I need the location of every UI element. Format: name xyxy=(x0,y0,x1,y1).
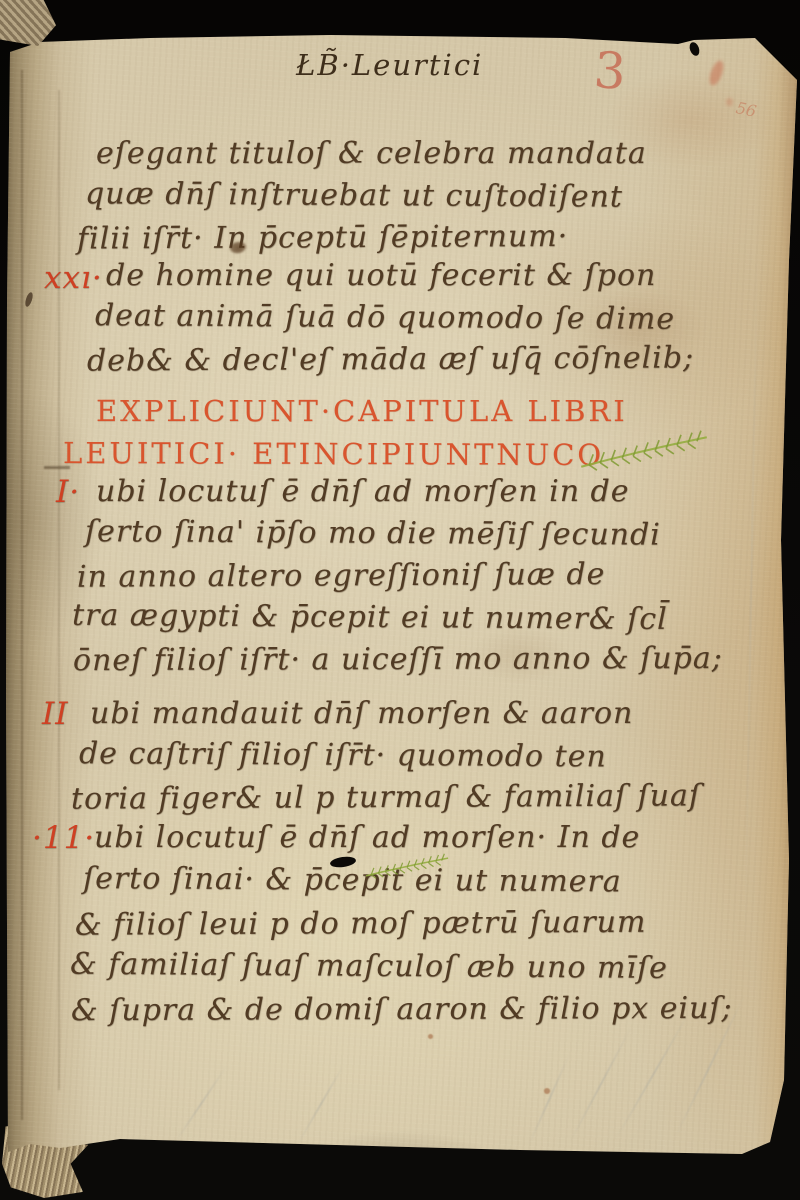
manuscript-text-line: in anno altero egreſſioniſ ſuæ de xyxy=(77,554,723,599)
running-title: ŁB̃·Leurtici xyxy=(296,48,483,82)
manuscript-text-line: filii iſr̄t· In p̄ceptū ſēpiternum· xyxy=(77,217,647,262)
chapter-numeral: I· xyxy=(56,474,80,510)
stain-mark xyxy=(544,1088,550,1094)
manuscript-text-line: ſerto ſina' ip̄ſo mo die mēſiſ ſecundi xyxy=(85,512,723,558)
manuscript-text-line: ubi locutuſ ē dn̄ſ ad morſen in de xyxy=(96,472,723,514)
manuscript-text-line: & filioſ leui p do moſ pætrū ſuarum xyxy=(75,902,733,948)
text-block-prologue: eſegant tituloſ & celebra mandataquæ dn̄… xyxy=(96,134,647,260)
manuscript-text-line: & familiaſ ſuaſ maſculoſ æb uno mīſe xyxy=(70,945,733,993)
manuscript-text-line: ōneſ filioſ iſr̄t· a uiceſſī mo anno & ſ… xyxy=(73,639,723,683)
manuscript-text-line: LEUITICI· ETINCIPIUNTNUCO xyxy=(63,432,628,477)
text-block-capitulum-ii: II ubi mandauit dn̄ſ morſen & aaronde ca… xyxy=(90,694,701,820)
text-block-capitulum-i: I· ubi locutuſ ē dn̄ſ ad morſen in deſer… xyxy=(96,472,723,682)
parchment-hole xyxy=(688,41,701,57)
text-block-capitulum-xxi: xxı· de homine qui uotū fecerit & ſponde… xyxy=(106,256,694,382)
manuscript-text-line: tra ægypti & p̄cepit ei ut numer& ſcl̄ xyxy=(72,596,723,643)
manuscript-text-line: de caſtriſ filioſ iſr̄t· quomodo ten xyxy=(79,734,701,780)
manuscript-text-line: quæ dn̄ſ inſtruebat ut cuſtodiſent xyxy=(85,174,647,219)
gutter-crease xyxy=(21,70,23,1120)
manuscript-text-line: toria figer& ul p turmaſ & familiaſ ſuaſ xyxy=(71,776,701,821)
red-smudge xyxy=(726,98,733,106)
folio-number: 3 xyxy=(592,41,628,101)
faint-margin-note: 56 xyxy=(734,98,758,121)
crease-scratch xyxy=(174,1065,227,1142)
chapter-numeral: ·11· xyxy=(32,820,95,856)
manuscript-text-line: de homine qui uotū fecerit & ſpon xyxy=(106,256,694,298)
stain-mark xyxy=(428,1034,433,1039)
gutter-crease xyxy=(58,90,60,1090)
chapter-numeral: II xyxy=(42,696,69,732)
chapter-numeral: xxı· xyxy=(44,260,103,296)
crease-scratch xyxy=(528,1054,571,1146)
photograph-background: ŁB̃·Leurtici 3 56 eſegant tituloſ & cele… xyxy=(0,0,800,1200)
red-smudge xyxy=(707,59,726,87)
manuscript-text-line: deb& & decl'eſ māda æſ uſq̄ cōſnelib; xyxy=(87,338,694,383)
manuscript-text-line: eſegant tituloſ & celebra mandata xyxy=(96,134,647,176)
binding-headband xyxy=(0,0,56,46)
manuscript-text-line: EXPLICIUNT·CAPITULA LIBRI xyxy=(96,390,628,433)
vertical-crease xyxy=(744,240,759,960)
manuscript-page: ŁB̃·Leurtici 3 56 eſegant tituloſ & cele… xyxy=(0,0,800,1200)
crease-scratch xyxy=(297,1064,345,1145)
rubric-explicit-incipit: EXPLICIUNT·CAPITULA LIBRILEUITICI· ETINC… xyxy=(96,390,628,476)
manuscript-text-line: deat animā ſuā dō quomodo ſe dime xyxy=(95,296,694,342)
manuscript-text-line: ubi mandauit dn̄ſ morſen & aaron xyxy=(90,694,701,736)
manuscript-text-line: & ſupra & de domiſ aaron & filio px eiuſ… xyxy=(71,989,733,1034)
